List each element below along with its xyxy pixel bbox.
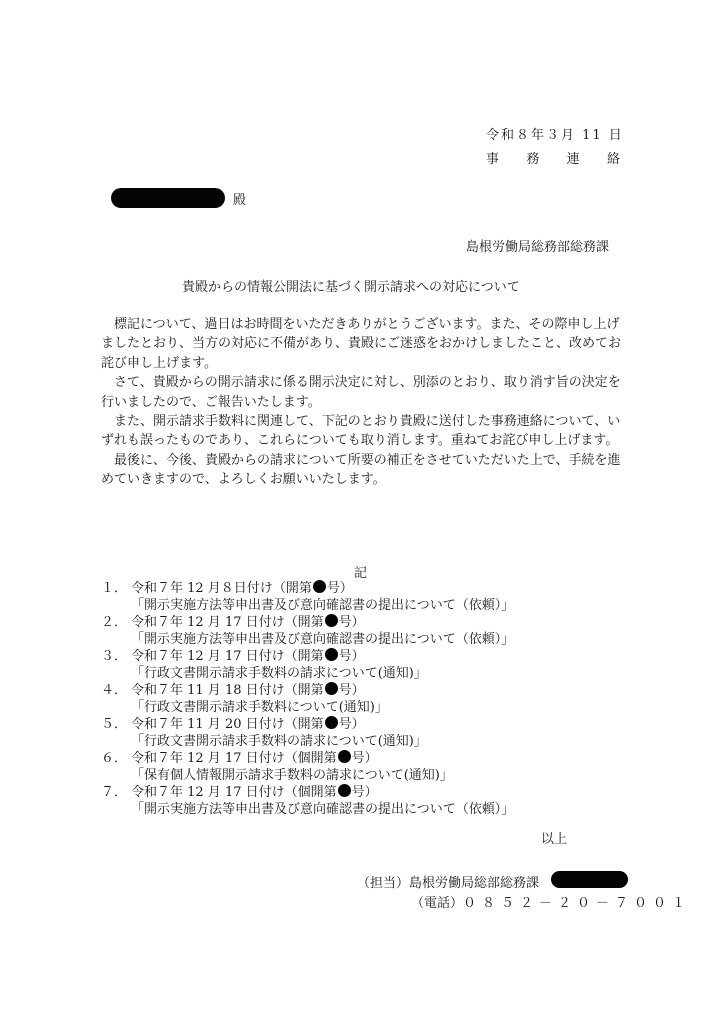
item-number: ７． [101,784,131,801]
phone-number: ０８５２－２０－７００１ [463,896,691,911]
item-date: 令和７年 11 月 20 日付け [131,716,285,733]
redacted-contact-name [551,871,628,888]
ki-heading: 記 [354,562,367,581]
body-paragraph: さて、貴殿からの開示請求に係る開示決定に対し、別添のとおり、取り消す旨の決定を行… [101,373,621,412]
list-item: ５． 令和７年 11 月 20 日付け（開第号） 「行政文書開示請求手数料の請求… [101,716,514,750]
item-number: ６． [101,750,131,767]
document-subject: 貴殿からの情報公開法に基づく開示請求への対応について [182,276,520,295]
revoked-notice-list: １． 令和７年 12 月８日付け（開第号） 「開示実施方法等申出書及び意向確認書… [101,580,514,818]
list-item: ３． 令和７年 12 月 17 日付け（開第号） 「行政文書開示請求手数料の請求… [101,648,514,682]
item-ref-prefix: （個開第 [285,750,337,767]
item-ref-suffix: 号） [327,580,353,597]
item-ref-suffix: 号） [352,784,378,801]
body-paragraph: 標記について、過日はお時間をいただきありがとうございます。また、その際申し上げま… [101,315,621,373]
item-date: 令和７年 12 月 17 日付け [131,750,285,767]
body-paragraph: また、開示請求手数料に関連して、下記のとおり貴殿に送付した事務連絡について、いず… [101,412,621,451]
phone-label: （電話） [411,896,463,911]
redacted-number-dot [325,648,338,661]
item-number: ２． [101,614,131,631]
list-item: ６． 令和７年 12 月 17 日付け（個開第号） 「保有個人情報開示請求手数料… [101,750,514,784]
item-date: 令和７年 12 月 17 日付け [131,648,285,665]
redacted-number-dot [313,580,326,593]
item-ref-suffix: 号） [352,750,378,767]
list-item: ２． 令和７年 12 月 17 日付け（開第号） 「開示実施方法等申出書及び意向… [101,614,514,648]
redacted-number-dot [325,614,338,627]
redacted-number-dot [325,682,338,695]
body-paragraph: 最後に、今後、貴殿からの請求について所要の補正をさせていただいた上で、手続を進め… [101,451,621,490]
item-ref-prefix: （開第 [285,716,324,733]
item-number: ４． [101,682,131,699]
list-item: ４． 令和７年 11 月 18 日付け（開第号） 「行政文書開示請求手数料につい… [101,682,514,716]
item-date: 令和７年 12 月 17 日付け [131,614,285,631]
document-type-char: 務 [526,148,539,167]
item-title: 「開示実施方法等申出書及び意向確認書の提出について（依頼）」 [101,801,514,818]
item-number: ３． [101,648,131,665]
item-ref-suffix: 号） [339,614,365,631]
item-title: 「開示実施方法等申出書及び意向確認書の提出について（依頼）」 [101,597,514,614]
list-item: ７． 令和７年 12 月 17 日付け（個開第号） 「開示実施方法等申出書及び意… [101,784,514,818]
addressee-honorific: 殿 [233,189,246,208]
item-ref-suffix: 号） [339,682,365,699]
sender-department: 島根労働局総務部総務課 [466,236,609,255]
document-type-char: 事 [486,148,499,167]
item-ref-prefix: （開第 [285,614,324,631]
list-item: １． 令和７年 12 月８日付け（開第号） 「開示実施方法等申出書及び意向確認書… [101,580,514,614]
item-ref-suffix: 号） [339,716,365,733]
closing-mark: 以上 [541,828,567,847]
redacted-number-dot [325,716,338,729]
item-title: 「行政文書開示請求手数料について(通知)」 [101,699,514,716]
document-body: 標記について、過日はお時間をいただきありがとうございます。また、その際申し上げま… [101,315,621,490]
redacted-number-dot [338,784,351,797]
item-ref-prefix: （個開第 [285,784,337,801]
item-title: 「開示実施方法等申出書及び意向確認書の提出について（依頼）」 [101,631,514,648]
item-title: 「行政文書開示請求手数料の請求について(通知)」 [101,665,514,682]
item-title: 「行政文書開示請求手数料の請求について(通知)」 [101,733,514,750]
item-ref-prefix: （開第 [285,682,324,699]
redacted-addressee-name [111,188,225,208]
item-title: 「保有個人情報開示請求手数料の請求について(通知)」 [101,767,514,784]
document-type: 事 務 連 絡 [486,148,620,167]
item-date: 令和７年 11 月 18 日付け [131,682,285,699]
document-type-char: 絡 [607,148,620,167]
item-date: 令和７年 12 月 17 日付け [131,784,285,801]
item-ref-suffix: 号） [339,648,365,665]
document-date: 令和８年３月 11 日 [486,124,624,143]
contact-department: （担当）島根労働局総部総務課 [357,872,539,891]
item-date: 令和７年 12 月８日付け [131,580,273,597]
item-ref-prefix: （開第 [273,580,312,597]
contact-phone: （電話）０８５２－２０－７００１ [411,892,691,911]
item-ref-prefix: （開第 [285,648,324,665]
document-type-char: 連 [567,148,580,167]
item-number: ５． [101,716,131,733]
redacted-number-dot [338,750,351,763]
item-number: １． [101,580,131,597]
